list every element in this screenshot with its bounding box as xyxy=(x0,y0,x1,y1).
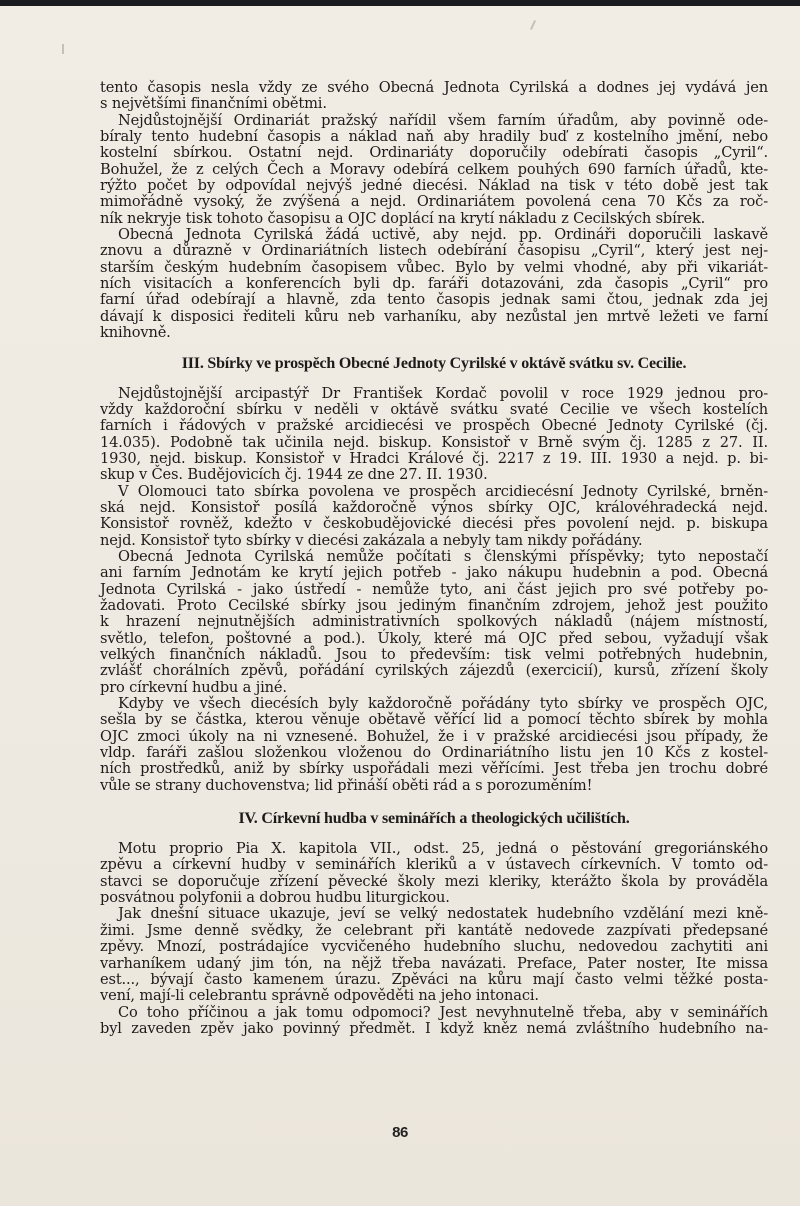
section-heading-iv: IV. Církevní hudba v seminářích a theolo… xyxy=(100,811,768,827)
spacer xyxy=(100,372,768,386)
paragraph: Obecná Jednota Cyrilská žádá uctivě, aby… xyxy=(100,227,768,341)
body-text-column: tento časopis nesla vždy ze svého Obecná… xyxy=(100,80,768,1037)
text-line: Nejdůstojnější Ordinariát pražský nařídi… xyxy=(100,113,768,129)
scan-speck xyxy=(62,44,64,54)
paragraph: Nejdůstojnější arcipastýř Dr František K… xyxy=(100,386,768,484)
text-line: žadovati. Proto Cecilské sbírky jsou jed… xyxy=(100,598,768,614)
text-line: nejd. Konsistoř tyto sbírky v diecési za… xyxy=(100,533,768,549)
text-line: starším českým hudebním časopisem vůbec.… xyxy=(100,260,768,276)
text-line: zvlášť chorálních zpěvů, pořádání cyrils… xyxy=(100,663,768,679)
text-line: zpěvy. Mnozí, postrádajíce vycvičeného h… xyxy=(100,939,768,955)
text-line: farních i řádových v pražské arcidiecési… xyxy=(100,418,768,434)
text-line: OJC zmoci úkoly na ni vznesené. Bohužel,… xyxy=(100,729,768,745)
text-line: ních prostředků, aniž by sbírky uspořáda… xyxy=(100,761,768,777)
text-line: dávají k disposici řediteli kůru neb var… xyxy=(100,309,768,325)
text-line: posvátnou polyfonii a dobrou hudbu litur… xyxy=(100,890,768,906)
paragraph: Nejdůstojnější Ordinariát pražský nařídi… xyxy=(100,113,768,227)
paragraph: V Olomouci tato sbírka povolena ve prosp… xyxy=(100,484,768,549)
text-line: světlo, telefon, poštovné a pod.). Úkoly… xyxy=(100,631,768,647)
page-number: 86 xyxy=(0,1124,800,1141)
text-line: s největšími finančními obětmi. xyxy=(100,96,768,112)
text-line: 1930, nejd. biskup. Konsistoř v Hradci K… xyxy=(100,451,768,467)
text-line: ská nejd. Konsistoř posílá každoročně vý… xyxy=(100,500,768,516)
text-line: ník nekryje tisk tohoto časopisu a OJC d… xyxy=(100,211,768,227)
text-line: rýžto počet by odpovídal nejvýš jedné di… xyxy=(100,178,768,194)
text-line: znovu a důrazně v Ordinariátních listech… xyxy=(100,243,768,259)
scan-speck xyxy=(530,20,536,30)
text-line: vldp. faráři zašlou složenkou vloženou d… xyxy=(100,745,768,761)
text-line: Nejdůstojnější arcipastýř Dr František K… xyxy=(100,386,768,402)
text-line: ani farním Jednotám ke krytí jejich potř… xyxy=(100,565,768,581)
text-line: sešla by se částka, kterou věnuje obětav… xyxy=(100,712,768,728)
text-line: vůle se strany duchovenstva; lid přináší… xyxy=(100,778,768,794)
paragraph: Kdyby ve všech diecésích byly každoročně… xyxy=(100,696,768,794)
paragraph: Obecná Jednota Cyrilská nemůže počítati … xyxy=(100,549,768,696)
paragraph: tento časopis nesla vždy ze svého Obecná… xyxy=(100,80,768,113)
spacer xyxy=(100,342,768,356)
text-line: ních visitacích a konferencích byli dp. … xyxy=(100,276,768,292)
text-line: 14.035). Podobně tak učinila nejd. bisku… xyxy=(100,435,768,451)
text-line: tento časopis nesla vždy ze svého Obecná… xyxy=(100,80,768,96)
text-line: vždy každoroční sbírku v neděli v oktávě… xyxy=(100,402,768,418)
text-line: byl zaveden zpěv jako povinný předmět. I… xyxy=(100,1021,768,1037)
text-line: Bohužel, že z celých Čech a Moravy odebí… xyxy=(100,162,768,178)
text-line: Jak dnešní situace ukazuje, jeví se velk… xyxy=(100,906,768,922)
text-line: velkých finančních nákladů. Jsou to před… xyxy=(100,647,768,663)
paragraph: Co toho příčinou a jak tomu odpomoci? Je… xyxy=(100,1005,768,1038)
document-page: tento časopis nesla vždy ze svého Obecná… xyxy=(0,6,800,1206)
text-line: zpěvu a církevní hudby v seminářích kler… xyxy=(100,857,768,873)
section-heading-iii: III. Sbírky ve prospěch Obecné Jednoty C… xyxy=(100,356,768,372)
text-line: varhaníkem udaný jim tón, na nějž třeba … xyxy=(100,956,768,972)
text-line: bíraly tento hudební časopis a náklad na… xyxy=(100,129,768,145)
text-line: Jednota Cyrilská - jako ústředí - nemůže… xyxy=(100,582,768,598)
text-line: est..., bývají často kamenem úrazu. Zpěv… xyxy=(100,972,768,988)
text-line: žimi. Jsme denně svědky, že celebrant př… xyxy=(100,923,768,939)
text-line: Obecná Jednota Cyrilská žádá uctivě, aby… xyxy=(100,227,768,243)
text-line: knihovně. xyxy=(100,325,768,341)
paragraph: Motu proprio Pia X. kapitola VII., odst.… xyxy=(100,841,768,906)
text-line: vení, mají-li celebrantu správně odpověd… xyxy=(100,988,768,1004)
text-line: Co toho příčinou a jak tomu odpomoci? Je… xyxy=(100,1005,768,1021)
text-line: skup v Čes. Budějovicích čj. 1944 ze dne… xyxy=(100,467,768,483)
spacer xyxy=(100,794,768,811)
text-line: Motu proprio Pia X. kapitola VII., odst.… xyxy=(100,841,768,857)
text-line: Kdyby ve všech diecésích byly každoročně… xyxy=(100,696,768,712)
paragraph: Jak dnešní situace ukazuje, jeví se velk… xyxy=(100,906,768,1004)
text-line: V Olomouci tato sbírka povolena ve prosp… xyxy=(100,484,768,500)
text-line: Konsistoř rovněž, kdežto v českobudějovi… xyxy=(100,516,768,532)
text-line: pro církevní hudbu a jiné. xyxy=(100,680,768,696)
text-line: Obecná Jednota Cyrilská nemůže počítati … xyxy=(100,549,768,565)
text-line: mimořádně vysoký, že zvýšená a nejd. Ord… xyxy=(100,194,768,210)
spacer xyxy=(100,827,768,841)
text-line: stavci se doporučuje zřízení pěvecké ško… xyxy=(100,874,768,890)
text-line: farní úřad odebírají a hlavně, zda tento… xyxy=(100,292,768,308)
text-line: k hrazení nejnutnějších administrativníc… xyxy=(100,614,768,630)
text-line: kostelní sbírkou. Ostatní nejd. Ordinari… xyxy=(100,145,768,161)
